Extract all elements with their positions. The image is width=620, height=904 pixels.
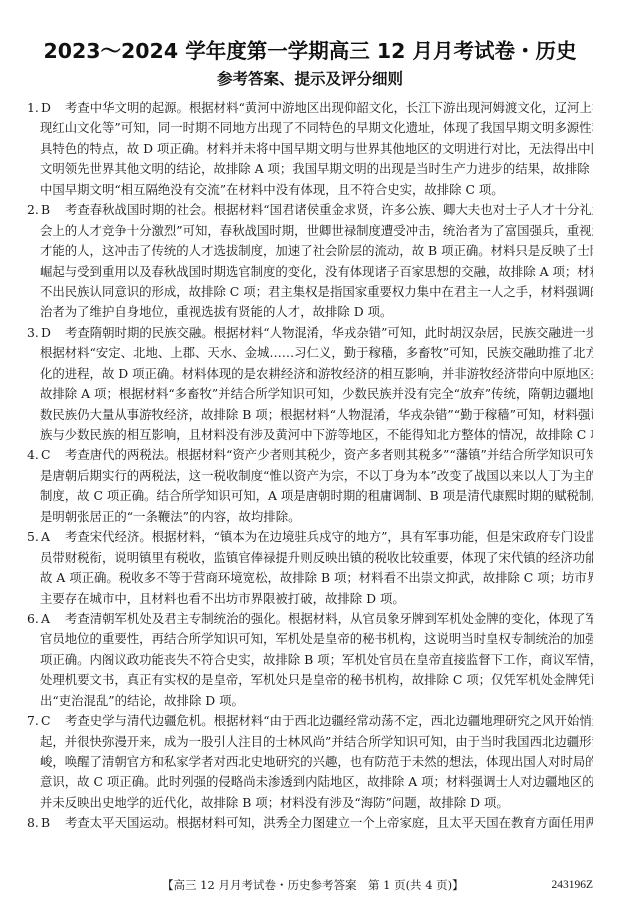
answer-item-line: 中国早期文明“相互隔绝没有交流”在材料中没有体现，且不符合史实，故排除 C 项。	[0, 180, 593, 200]
explanation-text: 处理机要文书，真正有实权的是皇帝，军机处只是皇帝的秘书机构，故排除 C 项；仅凭…	[40, 672, 593, 687]
answer-letter: D	[41, 98, 65, 118]
explanation-text: 出“吏治混乱”的结论，故排除 D 项。	[40, 693, 244, 708]
answer-item-line: 并未反映出史地学的近代化，故排除 B 项；材料没有涉及“海防”问题，故排除 D …	[0, 793, 593, 813]
answer-item-line: 数民族仍大量从事游牧经济，故排除 B 项；根据材料“人物混淆，华戎杂错”“勤于稼…	[0, 405, 593, 425]
answer-item: 5.A考查宋代经济。根据材料，“镇本为在边境驻兵戍守的地方”，具有军事功能，但是…	[0, 527, 620, 609]
question-number: 8.	[27, 813, 41, 833]
explanation-text: 现红山文化等”可知，同一时期不同地方出现了不同特色的早期文化遗址，体现了我国早期…	[40, 120, 593, 135]
explanation-text: 考查隋朝时期的民族交融。根据材料“人物混淆，华戎杂错”可知，此时胡汉杂居，民族交…	[65, 325, 593, 340]
explanation-text: 主要存在城市中，且材料也看不出坊市界限被打破，故排除 D 项。	[40, 591, 405, 606]
answer-item-line: 具特色的特点，故 D 项正确。材料并未将中国早期文明与世界其他地区的文明进行对比…	[0, 139, 593, 159]
answer-item-line: 制度，故 C 项正确。结合所学知识可知，A 项是唐朝时期的租庸调制、B 项是清代…	[0, 486, 593, 506]
question-number: 1.	[27, 98, 41, 118]
explanation-text: 故 A 项正确。税收多不等于营商环境宽松，故排除 B 项；材料看不出崇文抑武，故…	[40, 570, 593, 585]
answer-item-line: 主要存在城市中，且材料也看不出坊市界限被打破，故排除 D 项。	[0, 589, 593, 609]
explanation-text: 是明朝张居正的“一条鞭法”的内容，故均排除。	[40, 509, 300, 524]
answer-item: 1.D考查中华文明的起源。根据材料“黄河中游地区出现仰韶文化，长江下游出现河姆渡…	[0, 98, 620, 200]
document-subtitle: 参考答案、提示及评分细则	[0, 67, 620, 89]
answer-item-line: 化的进程，故 D 项正确。材料体现的是农耕经济和游牧经济的相互影响，并非游牧经济…	[0, 364, 593, 384]
answer-item-line: 处理机要文书，真正有实权的是皇帝，军机处只是皇帝的秘书机构，故排除 C 项；仅凭…	[0, 670, 593, 690]
explanation-text: 并未反映出史地学的近代化，故排除 B 项；材料没有涉及“海防”问题，故排除 D …	[40, 795, 509, 810]
answer-item: 6.A考查清朝军机处及君主专制统治的强化。根据材料，从官员象牙牌到军机处金牌的变…	[0, 609, 620, 711]
explanation-text: 官员地位的重要性，再结合所学知识可知，军机处是皇帝的秘书机构，这说明当时皇权专制…	[40, 631, 593, 646]
answer-item: 4.C考查唐代的两税法。根据材料“资产少者则其税少，资产多者则其税多”“藩镇”并…	[0, 445, 620, 527]
explanation-text: 中国早期文明“相互隔绝没有交流”在材料中没有体现，且不符合史实，故排除 C 项。	[40, 182, 504, 197]
answer-item: 8.B考查太平天国运动。根据材料可知，洪秀全力图建立一个上帝家庭，且太平天国在教…	[0, 813, 620, 833]
explanation-text: 考查中华文明的起源。根据材料“黄河中游地区出现仰韶文化，长江下游出现河姆渡文化，…	[65, 100, 593, 115]
explanation-text: 具特色的特点，故 D 项正确。材料并未将中国早期文明与世界其他地区的文明进行对比…	[40, 141, 593, 156]
explanation-text: 根据材料“安定、北地、上郡、天水、金城……习仁义，勤于稼穑，多畜牧”可知，民族交…	[40, 345, 593, 360]
explanation-text: 考查春秋战国时期的社会。根据材料“国君诸侯重金求贤，许多公族、卿大夫也对士子人才…	[65, 202, 593, 217]
explanation-text: 崛起与受到重用以及春秋战国时期选官制度的变化，没有体现诸子百家思想的交融，故排除…	[40, 264, 593, 279]
answer-item-line: 崛起与受到重用以及春秋战国时期选官制度的变化，没有体现诸子百家思想的交融，故排除…	[0, 262, 593, 282]
answer-item-line: 项正确。内阁议政功能丧失不符合史实，故排除 B 项；军机处官员在皇帝直接监督下工…	[0, 650, 593, 670]
explanation-text: 故排除 A 项；根据材料“多畜牧”并结合所学知识可知，少数民族并没有完全“放弃”…	[40, 386, 593, 401]
answer-item-line: 现红山文化等”可知，同一时期不同地方出现了不同特色的早期文化遗址，体现了我国早期…	[0, 118, 593, 138]
answer-letter: A	[41, 609, 65, 629]
answer-item-line: 才能的人，这冲击了传统的人才选拔制度，加速了社会阶层的流动，故 B 项正确。材料…	[0, 241, 593, 261]
page-footer: 【高三 12 月月考试卷・历史参考答案 第 1 页(共 4 页)】 243196…	[0, 876, 620, 894]
answer-item-line: 是唐朝后期实行的两税法，这一税收制度“惟以资产为宗，不以丁身为本”改变了战国以来…	[0, 466, 593, 486]
answer-item-line: 不出民族认同意识的形成，故排除 C 项；君主集权是指国家重要权力集中在君主一人之…	[0, 282, 593, 302]
document-title: 2023～2024 学年度第一学期高三 12 月月考试卷・历史	[0, 34, 620, 64]
answer-item-line: 起，并很快弥漫开来，成为一股引人注目的士林风尚”并结合所学知识可知，由于当时我国…	[0, 732, 593, 752]
answer-item-first-line: 4.C考查唐代的两税法。根据材料“资产少者则其税少，资产多者则其税多”“藩镇”并…	[0, 445, 593, 465]
explanation-text: 才能的人，这冲击了传统的人才选拔制度，加速了社会阶层的流动，故 B 项正确。材料…	[40, 243, 593, 258]
answer-body: 1.D考查中华文明的起源。根据材料“黄河中游地区出现仰韶文化，长江下游出现河姆渡…	[0, 98, 620, 834]
explanation-text: 考查史学与清代边疆危机。根据材料“由于西北边疆经常动荡不定，西北边疆地理研究之风…	[65, 713, 593, 728]
explanation-text: 不出民族认同意识的形成，故排除 C 项；君主集权是指国家重要权力集中在君主一人之…	[40, 284, 593, 299]
answer-item-line: 故 A 项正确。税收多不等于营商环境宽松，故排除 B 项；材料看不出崇文抑武，故…	[0, 568, 593, 588]
answer-item-line: 员带财税衔，说明镇里有税收，监镇官俸禄提升则反映出镇的税收比较重要，体现了宋代镇…	[0, 548, 593, 568]
answer-item-line: 会上的人才竞争十分激烈”可知，春秋战国时期，世卿世禄制度遭受冲击，统治者为了富国…	[0, 221, 593, 241]
explanation-text: 考查宋代经济。根据材料，“镇本为在边境驻兵戍守的地方”，具有军事功能，但是宋政府…	[65, 529, 593, 544]
answer-item: 3.D考查隋朝时期的民族交融。根据材料“人物混淆，华戎杂错”可知，此时胡汉杂居，…	[0, 323, 620, 446]
footer-caption: 【高三 12 月月考试卷・历史参考答案 第 1 页(共 4 页)】	[162, 876, 464, 894]
answer-item-line: 族与少数民族的相互影响，且材料没有涉及黄河中下游等地区，不能得知北方整体的情况，…	[0, 425, 593, 445]
answer-letter: B	[41, 813, 65, 833]
answer-item-line: 出“吏治混乱”的结论，故排除 D 项。	[0, 691, 593, 711]
question-number: 7.	[27, 711, 41, 731]
explanation-text: 是唐朝后期实行的两税法，这一税收制度“惟以资产为宗，不以丁身为本”改变了战国以来…	[40, 468, 593, 483]
answer-item-first-line: 3.D考查隋朝时期的民族交融。根据材料“人物混淆，华戎杂错”可知，此时胡汉杂居，…	[0, 323, 593, 343]
answer-item-line: 故排除 A 项；根据材料“多畜牧”并结合所学知识可知，少数民族并没有完全“放弃”…	[0, 384, 593, 404]
answer-item-first-line: 1.D考查中华文明的起源。根据材料“黄河中游地区出现仰韶文化，长江下游出现河姆渡…	[0, 98, 593, 118]
footer-code: 243196Z	[551, 876, 593, 894]
explanation-text: 起，并很快弥漫开来，成为一股引人注目的士林风尚”并结合所学知识可知，由于当时我国…	[40, 734, 593, 749]
explanation-text: 考查清朝军机处及君主专制统治的强化。根据材料，从官员象牙牌到军机处金牌的变化，体…	[65, 611, 593, 626]
explanation-text: 意识，故 C 项正确。此时列强的侵略尚未渗透到内陆地区，故排除 A 项；材料强调…	[40, 774, 593, 789]
question-number: 3.	[27, 323, 41, 343]
explanation-text: 数民族仍大量从事游牧经济，故排除 B 项；根据材料“人物混淆，华戎杂错”“勤于稼…	[40, 407, 593, 422]
explanation-text: 族与少数民族的相互影响，且材料没有涉及黄河中下游等地区，不能得知北方整体的情况，…	[40, 427, 593, 442]
question-number: 4.	[27, 445, 41, 465]
question-number: 6.	[27, 609, 41, 629]
explanation-text: 员带财税衔，说明镇里有税收，监镇官俸禄提升则反映出镇的税收比较重要，体现了宋代镇…	[40, 550, 593, 565]
explanation-text: 会上的人才竞争十分激烈”可知，春秋战国时期，世卿世禄制度遭受冲击，统治者为了富国…	[40, 223, 593, 238]
answer-letter: A	[41, 527, 65, 547]
explanation-text: 考查太平天国运动。根据材料可知，洪秀全力图建立一个上帝家庭，且太平天国在教育方面…	[65, 815, 593, 830]
explanation-text: 文明领先世界其他文明的结论，故排除 A 项；我国早期文明的出现是当时生产力进步的…	[40, 161, 593, 176]
explanation-text: 项正确。内阁议政功能丧失不符合史实，故排除 B 项；军机处官员在皇帝直接监督下工…	[40, 652, 593, 667]
answer-letter: B	[41, 200, 65, 220]
answer-item: 2.B考查春秋战国时期的社会。根据材料“国君诸侯重金求贤，许多公族、卿大夫也对士…	[0, 200, 620, 323]
answer-item-first-line: 7.C考查史学与清代边疆危机。根据材料“由于西北边疆经常动荡不定，西北边疆地理研…	[0, 711, 593, 731]
answer-item-line: 文明领先世界其他文明的结论，故排除 A 项；我国早期文明的出现是当时生产力进步的…	[0, 159, 593, 179]
answer-item-first-line: 2.B考查春秋战国时期的社会。根据材料“国君诸侯重金求贤，许多公族、卿大夫也对士…	[0, 200, 593, 220]
explanation-text: 化的进程，故 D 项正确。材料体现的是农耕经济和游牧经济的相互影响，并非游牧经济…	[40, 366, 593, 381]
answer-item-first-line: 6.A考查清朝军机处及君主专制统治的强化。根据材料，从官员象牙牌到军机处金牌的变…	[0, 609, 593, 629]
answer-item-first-line: 8.B考查太平天国运动。根据材料可知，洪秀全力图建立一个上帝家庭，且太平天国在教…	[0, 813, 593, 833]
answer-item-line: 官员地位的重要性，再结合所学知识可知，军机处是皇帝的秘书机构，这说明当时皇权专制…	[0, 629, 593, 649]
answer-item-line: 根据材料“安定、北地、上郡、天水、金城……习仁义，勤于稼穑，多畜牧”可知，民族交…	[0, 343, 593, 363]
answer-letter: C	[41, 445, 65, 465]
question-number: 2.	[27, 200, 41, 220]
answer-item-line: 峻，唤醒了清朝官方和私家学者对西北史地研究的兴趣，也有防范于未然的想法，体现出国…	[0, 752, 593, 772]
explanation-text: 峻，唤醒了清朝官方和私家学者对西北史地研究的兴趣，也有防范于未然的想法，体现出国…	[40, 754, 593, 769]
explanation-text: 治者为了维护自身地位，重视选拔有贤能的人才，故排除 D 项。	[40, 304, 392, 319]
answer-item-line: 治者为了维护自身地位，重视选拔有贤能的人才，故排除 D 项。	[0, 302, 593, 322]
answer-item-line: 是明朝张居正的“一条鞭法”的内容，故均排除。	[0, 507, 593, 527]
answer-letter: C	[41, 711, 65, 731]
question-number: 5.	[27, 527, 41, 547]
answer-letter: D	[41, 323, 65, 343]
answer-item: 7.C考查史学与清代边疆危机。根据材料“由于西北边疆经常动荡不定，西北边疆地理研…	[0, 711, 620, 813]
answer-item-first-line: 5.A考查宋代经济。根据材料，“镇本为在边境驻兵戍守的地方”，具有军事功能，但是…	[0, 527, 593, 547]
answer-item-line: 意识，故 C 项正确。此时列强的侵略尚未渗透到内陆地区，故排除 A 项；材料强调…	[0, 772, 593, 792]
explanation-text: 考查唐代的两税法。根据材料“资产少者则其税少，资产多者则其税多”“藩镇”并结合所…	[65, 447, 593, 462]
explanation-text: 制度，故 C 项正确。结合所学知识可知，A 项是唐朝时期的租庸调制、B 项是清代…	[40, 488, 593, 503]
